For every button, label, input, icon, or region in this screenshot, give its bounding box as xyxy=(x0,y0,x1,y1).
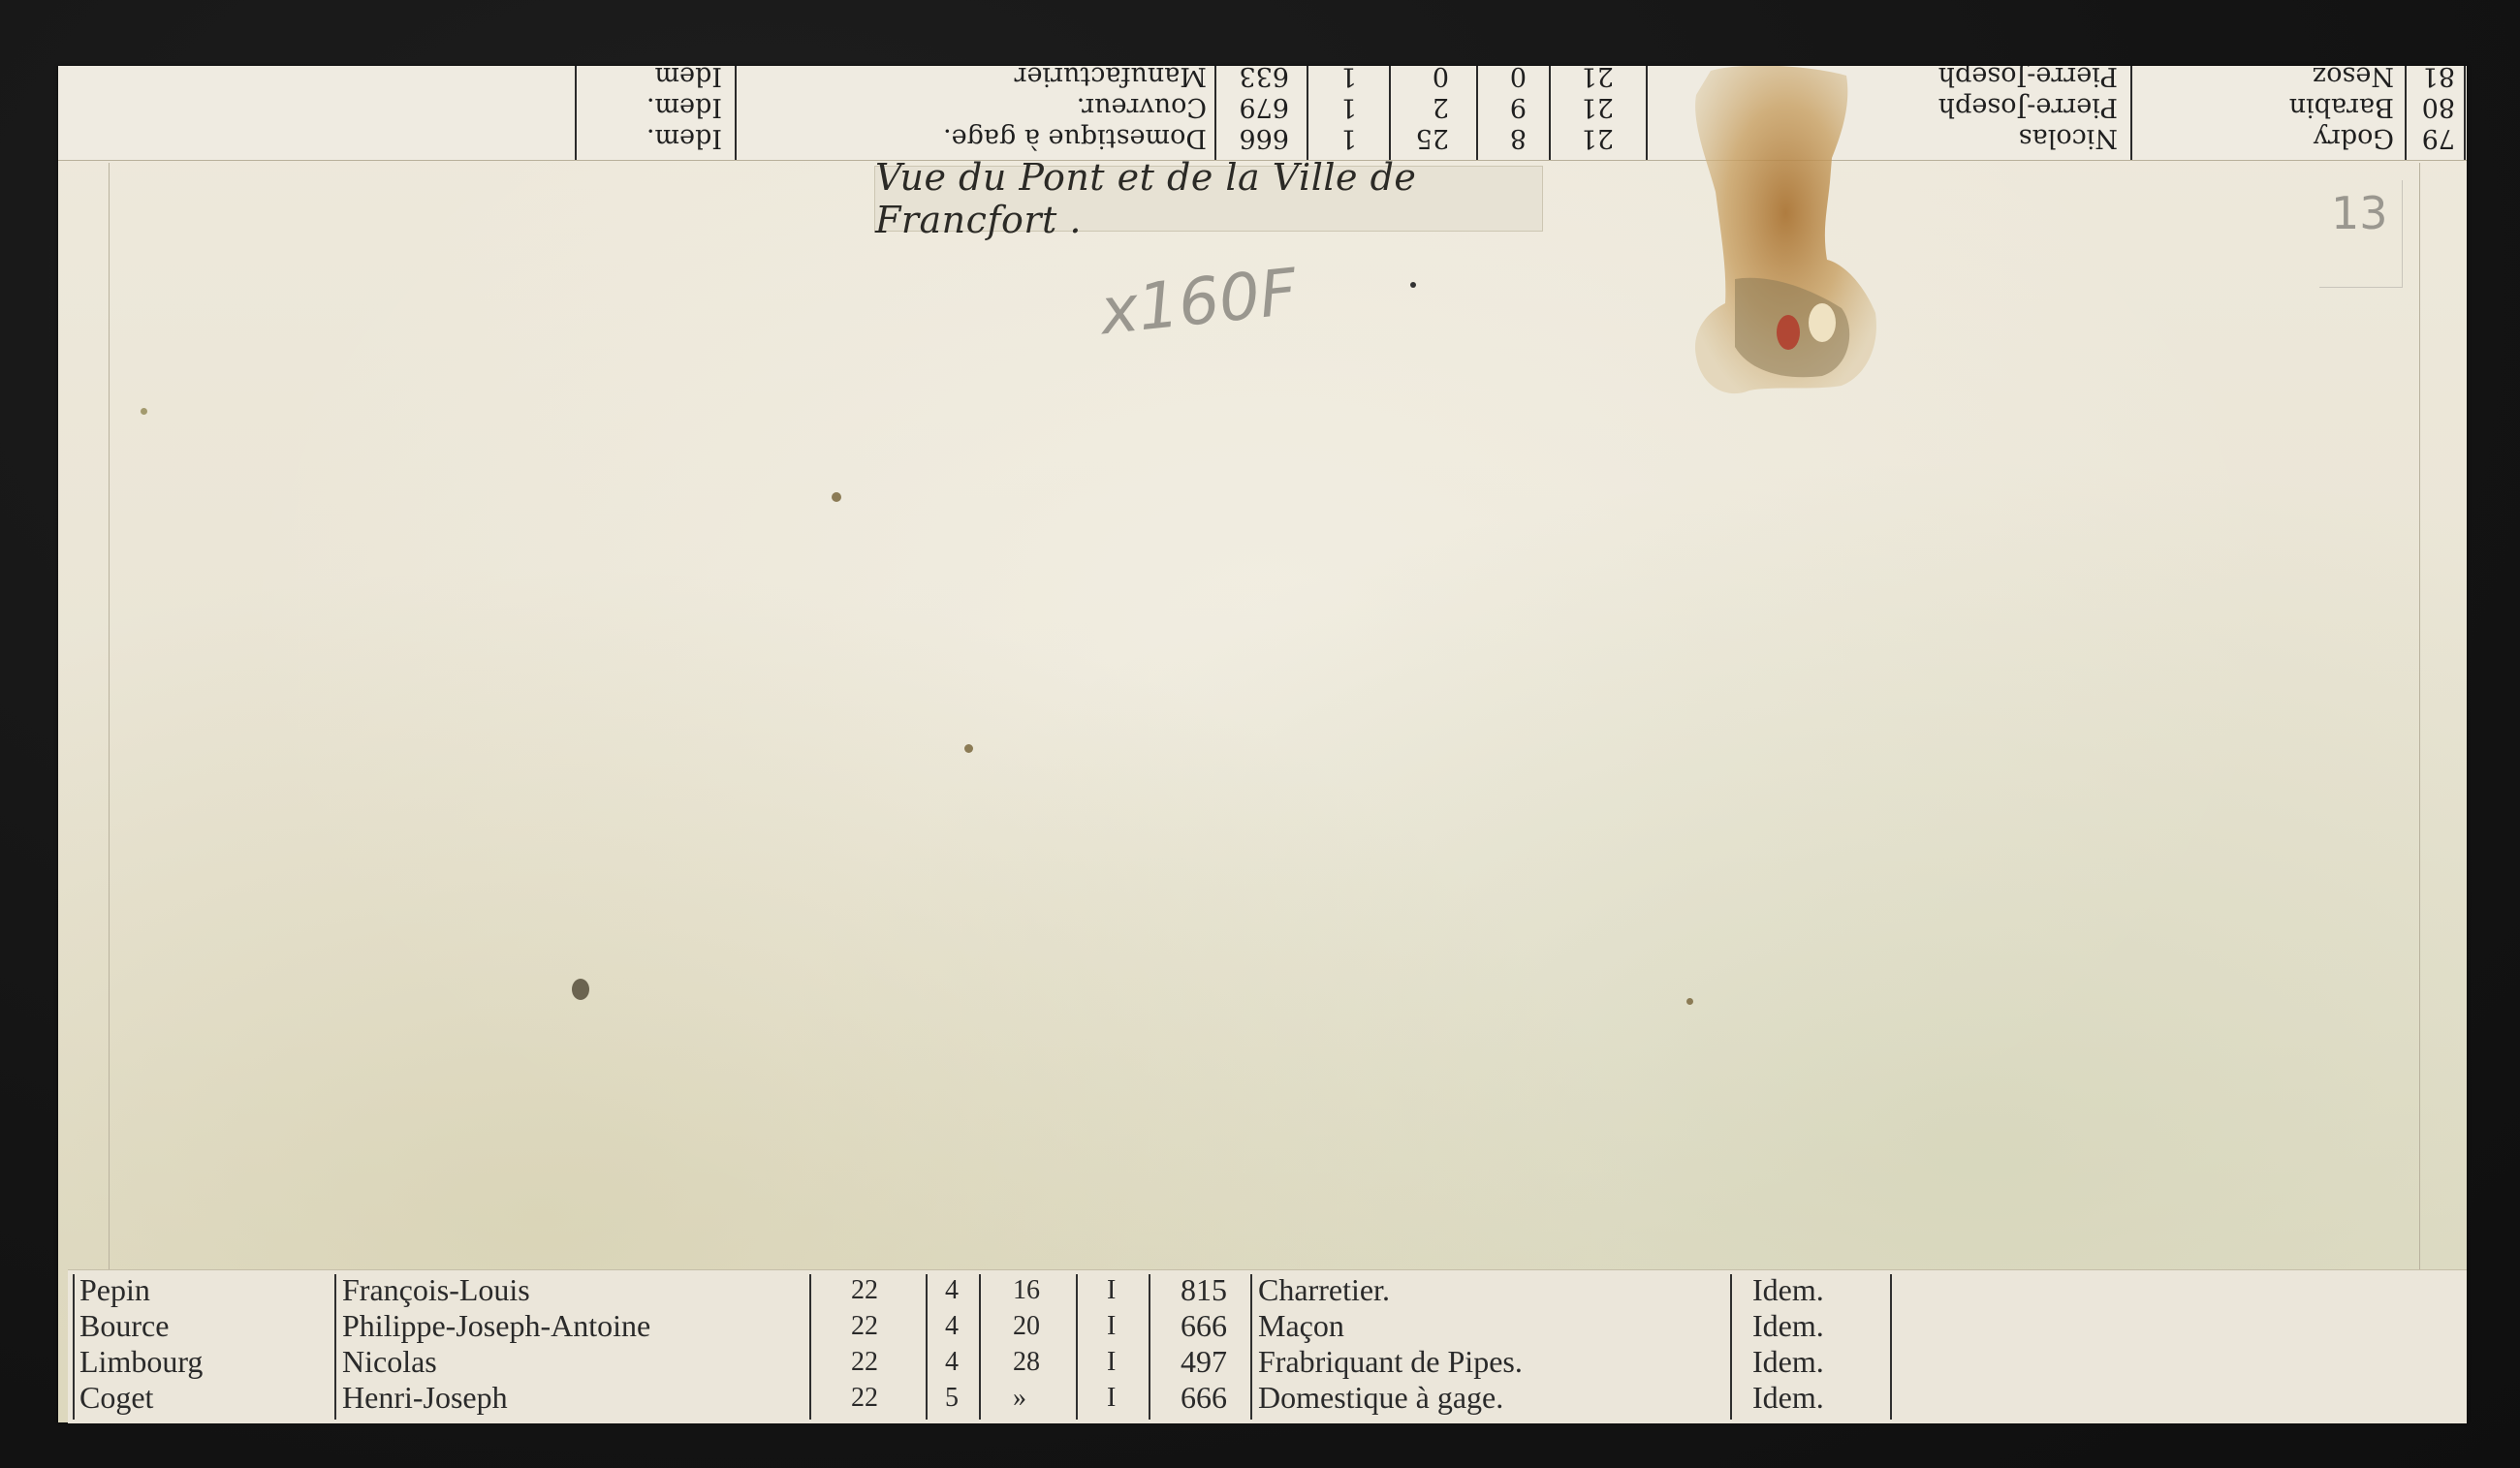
row-number: 79 xyxy=(2422,121,2455,154)
table-row: Pepin François-Louis 22 4 16 I 815 Charr… xyxy=(68,1272,2467,1308)
value: 9 xyxy=(1510,90,1527,123)
value: 4 xyxy=(945,1344,959,1380)
occupation: Manufacturier xyxy=(1015,66,1207,92)
value: 22 xyxy=(851,1380,878,1416)
given-name: Nicolas xyxy=(2019,121,2118,154)
row-number: 80 xyxy=(2422,90,2455,123)
table-row: 80 Barabin Pierre-Joseph 21 9 2 1 679 Co… xyxy=(58,94,2467,123)
value: 5 xyxy=(945,1380,959,1416)
print-title-label: Vue du Pont et de la Ville de Francfort … xyxy=(874,166,1543,232)
occupation: Maçon xyxy=(1258,1308,1344,1344)
value: 4 xyxy=(945,1272,959,1308)
surname: Barabin xyxy=(2289,90,2394,123)
value: 4 xyxy=(945,1308,959,1344)
value: 633 xyxy=(1239,66,1289,92)
value: 0 xyxy=(1510,66,1527,92)
value: 28 xyxy=(1013,1344,1040,1380)
surname: Coget xyxy=(79,1380,153,1416)
value: 0 xyxy=(1433,66,1449,92)
table-row: Limbourg Nicolas 22 4 28 I 497 Frabriqua… xyxy=(68,1344,2467,1380)
bottom-register-strip: Pepin François-Louis 22 4 16 I 815 Charr… xyxy=(68,1269,2467,1423)
value: 666 xyxy=(1181,1308,1227,1344)
foxing-spot xyxy=(141,408,147,415)
value: 22 xyxy=(851,1272,878,1308)
value: I xyxy=(1107,1380,1116,1416)
surname: Limbourg xyxy=(79,1344,203,1380)
value: I xyxy=(1107,1272,1116,1308)
print-verso-sheet: 79 Godry Nicolas 21 8 25 1 666 Domestiqu… xyxy=(58,66,2467,1422)
given-name: Pierre-Joseph xyxy=(1938,90,2118,123)
foxing-spot xyxy=(572,979,589,1000)
table-row: Coget Henri-Joseph 22 5 » I 666 Domestiq… xyxy=(68,1380,2467,1416)
value: 2 xyxy=(1433,90,1449,123)
inverted-table: 79 Godry Nicolas 21 8 25 1 666 Domestiqu… xyxy=(58,66,2467,160)
table-row: Bource Philippe-Joseph-Antoine 22 4 20 I… xyxy=(68,1308,2467,1344)
surname: Nesoz xyxy=(2313,66,2394,92)
foxing-spot xyxy=(1686,998,1693,1005)
value: 666 xyxy=(1181,1380,1227,1416)
given-name: Nicolas xyxy=(342,1344,437,1380)
occupation: Domestique à gage. xyxy=(1258,1380,1503,1416)
given-name: Pierre-Joseph xyxy=(1938,66,2118,92)
remark: Idem xyxy=(654,66,722,92)
foxing-spot xyxy=(964,744,973,753)
given-name: François-Louis xyxy=(342,1272,530,1308)
value: I xyxy=(1107,1308,1116,1344)
occupation: Domestique à gage. xyxy=(943,121,1207,154)
value: 21 xyxy=(1581,90,1614,123)
value: » xyxy=(1013,1380,1026,1416)
value: 21 xyxy=(1581,66,1614,92)
value: 25 xyxy=(1416,121,1449,154)
remark: Idem. xyxy=(1752,1308,1824,1344)
surname: Pepin xyxy=(79,1272,150,1308)
remark: Idem. xyxy=(1752,1272,1824,1308)
remark: Idem. xyxy=(1752,1344,1824,1380)
foxing-spot xyxy=(1410,282,1416,288)
top-register-strip: 79 Godry Nicolas 21 8 25 1 666 Domestiqu… xyxy=(58,66,2467,161)
value: 20 xyxy=(1013,1308,1040,1344)
value: 1 xyxy=(1340,121,1357,154)
value: 1 xyxy=(1340,90,1357,123)
surname: Bource xyxy=(79,1308,169,1344)
remark: Idem. xyxy=(1752,1380,1824,1416)
table-row: 79 Godry Nicolas 21 8 25 1 666 Domestiqu… xyxy=(58,125,2467,154)
value: I xyxy=(1107,1344,1116,1380)
value: 1 xyxy=(1340,66,1357,92)
value: 21 xyxy=(1581,121,1614,154)
remark: Idem. xyxy=(646,90,722,123)
print-title: Vue du Pont et de la Ville de Francfort … xyxy=(875,156,1542,241)
given-name: Philippe-Joseph-Antoine xyxy=(342,1308,650,1344)
pencil-inventory-number: 13 xyxy=(2331,187,2388,239)
row-number: 81 xyxy=(2422,66,2455,92)
value: 497 xyxy=(1181,1344,1227,1380)
remark: Idem. xyxy=(646,121,722,154)
value: 666 xyxy=(1239,121,1289,154)
value: 815 xyxy=(1181,1272,1227,1308)
occupation: Couvreur. xyxy=(1077,90,1207,123)
value: 22 xyxy=(851,1308,878,1344)
surname: Godry xyxy=(2314,121,2394,154)
value: 679 xyxy=(1239,90,1289,123)
occupation: Frabriquant de Pipes. xyxy=(1258,1344,1523,1380)
value: 22 xyxy=(851,1344,878,1380)
table-row: 81 Nesoz Pierre-Joseph 21 0 0 1 633 Manu… xyxy=(58,66,2467,92)
value: 8 xyxy=(1510,121,1527,154)
value: 16 xyxy=(1013,1272,1040,1308)
occupation: Charretier. xyxy=(1258,1272,1390,1308)
foxing-spot xyxy=(832,492,841,502)
given-name: Henri-Joseph xyxy=(342,1380,508,1416)
stain-mark xyxy=(1657,66,1958,434)
